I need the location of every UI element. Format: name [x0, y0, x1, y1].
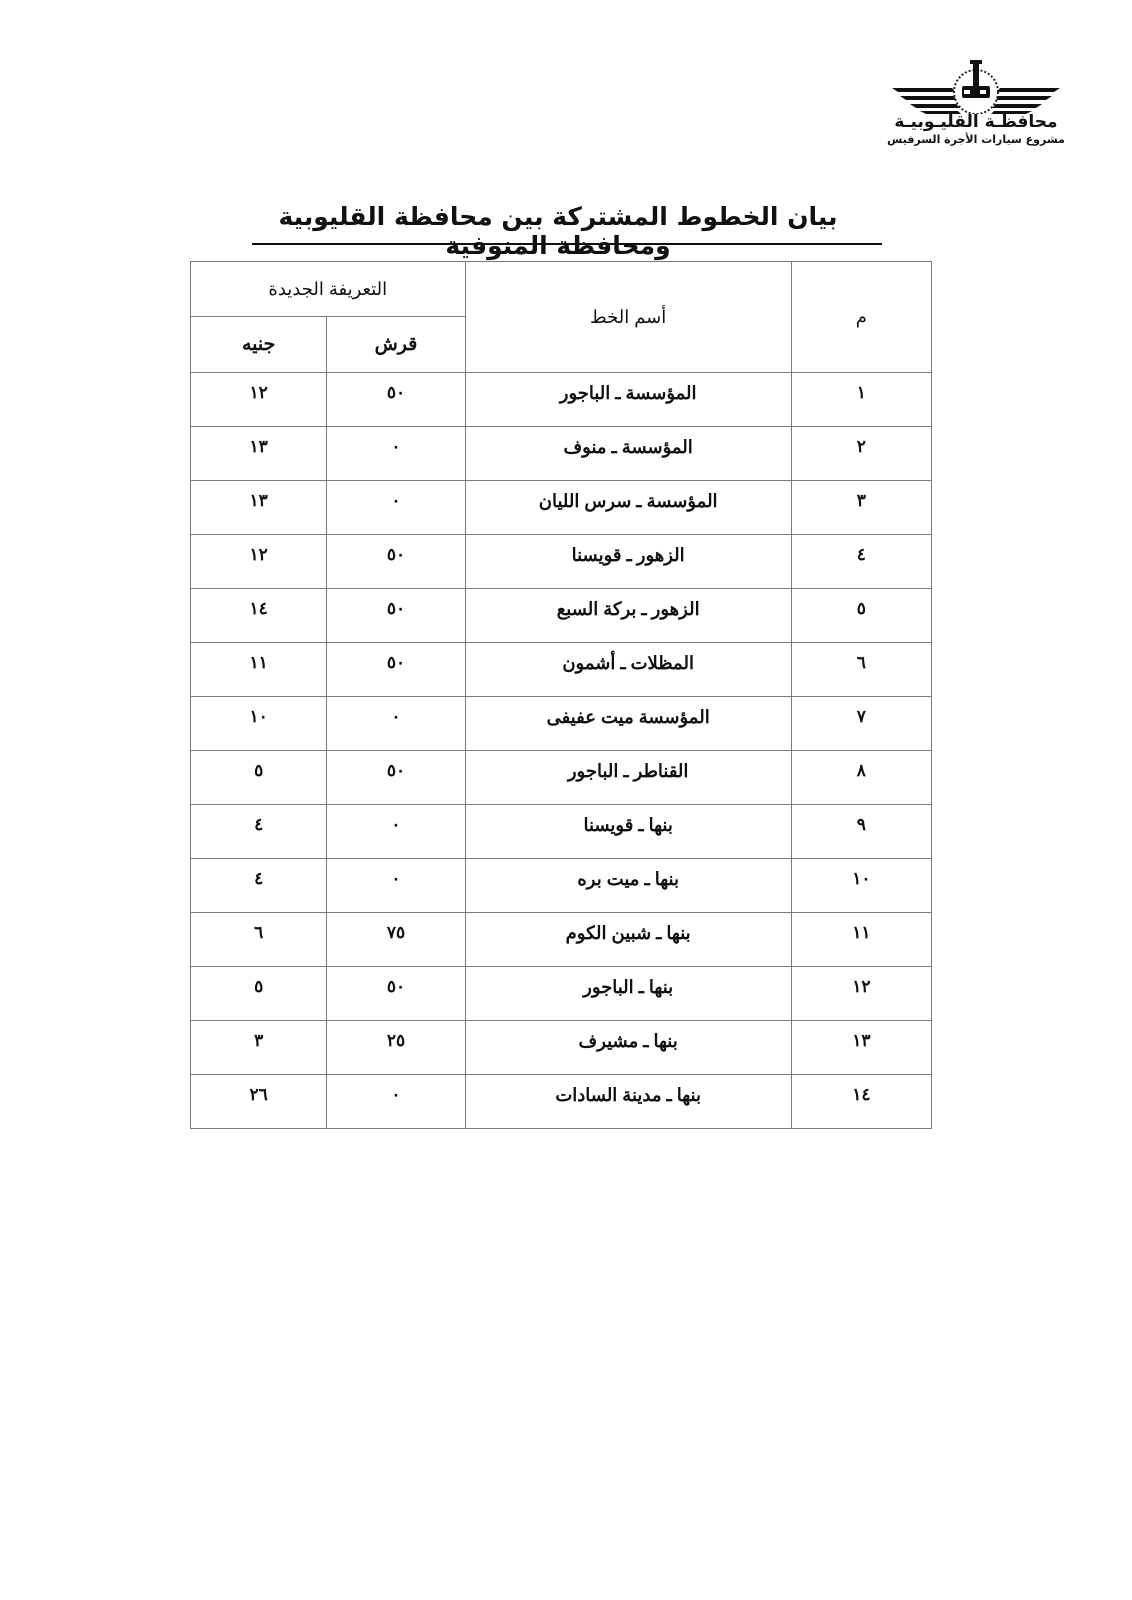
- table-row: ٥الزهور ـ بركة السبع٥٠١٤: [191, 589, 932, 643]
- row-line-name: بنها ـ شبين الكوم: [465, 913, 791, 967]
- row-piasters: ٠: [327, 859, 465, 913]
- row-line-name: الزهور ـ بركة السبع: [465, 589, 791, 643]
- header-new-fare: التعريفة الجديدة: [191, 262, 466, 317]
- table-row: ٤الزهور ـ قويسنا٥٠١٢: [191, 535, 932, 589]
- row-piasters: ٠: [327, 427, 465, 481]
- row-piasters: ٠: [327, 805, 465, 859]
- wings-emblem-icon: [890, 58, 1062, 114]
- row-pounds: ٢٦: [191, 1075, 327, 1129]
- table-row: ٣المؤسسة ـ سرس الليان٠١٣: [191, 481, 932, 535]
- row-pounds: ٤: [191, 859, 327, 913]
- row-pounds: ٣: [191, 1021, 327, 1075]
- row-line-name: المؤسسة ـ منوف: [465, 427, 791, 481]
- page-title: بيان الخطوط المشتركة بين محافظة القليوبي…: [240, 202, 876, 260]
- title-underline: [252, 243, 882, 245]
- row-line-name: بنها ـ ميت بره: [465, 859, 791, 913]
- row-index: ١٠: [791, 859, 931, 913]
- row-piasters: ٧٥: [327, 913, 465, 967]
- row-line-name: الزهور ـ قويسنا: [465, 535, 791, 589]
- row-piasters: ٥٠: [327, 643, 465, 697]
- table-row: ١المؤسسة ـ الباجور٥٠١٢: [191, 373, 932, 427]
- header-index: م: [791, 262, 931, 373]
- row-pounds: ٥: [191, 967, 327, 1021]
- row-piasters: ٥٠: [327, 967, 465, 1021]
- row-index: ١١: [791, 913, 931, 967]
- table-row: ٦المظلات ـ أشمون٥٠١١: [191, 643, 932, 697]
- table-row: ١٣بنها ـ مشيرف٢٥٣: [191, 1021, 932, 1075]
- row-piasters: ٥٠: [327, 373, 465, 427]
- fares-table: م أسم الخط التعريفة الجديدة قرش جنيه ١ال…: [190, 261, 932, 1129]
- row-piasters: ٥٠: [327, 751, 465, 805]
- row-index: ٨: [791, 751, 931, 805]
- row-index: ٩: [791, 805, 931, 859]
- row-piasters: ٥٠: [327, 535, 465, 589]
- row-index: ١٤: [791, 1075, 931, 1129]
- table-row: ٨القناطر ـ الباجور٥٠٥: [191, 751, 932, 805]
- table-row: ١٢بنها ـ الباجور٥٠٥: [191, 967, 932, 1021]
- row-line-name: بنها ـ الباجور: [465, 967, 791, 1021]
- row-line-name: المؤسسة ـ الباجور: [465, 373, 791, 427]
- header-piasters: قرش: [327, 317, 465, 373]
- header-line-name: أسم الخط: [465, 262, 791, 373]
- row-pounds: ١٢: [191, 535, 327, 589]
- project-name: مشروع سيارات الأجرة السرفيس: [886, 133, 1066, 146]
- row-index: ١: [791, 373, 931, 427]
- row-piasters: ٥٠: [327, 589, 465, 643]
- row-piasters: ٠: [327, 697, 465, 751]
- row-index: ٦: [791, 643, 931, 697]
- table-row: ١٠بنها ـ ميت بره٠٤: [191, 859, 932, 913]
- row-line-name: القناطر ـ الباجور: [465, 751, 791, 805]
- row-pounds: ٦: [191, 913, 327, 967]
- row-pounds: ١٤: [191, 589, 327, 643]
- table-row: ٩بنها ـ قويسنا٠٤: [191, 805, 932, 859]
- row-index: ٤: [791, 535, 931, 589]
- row-pounds: ١٠: [191, 697, 327, 751]
- table-row: ٢المؤسسة ـ منوف٠١٣: [191, 427, 932, 481]
- org-name: محافظـة القليـوبيـة: [890, 112, 1062, 132]
- row-line-name: المؤسسة ميت عفيفى: [465, 697, 791, 751]
- row-piasters: ٠: [327, 1075, 465, 1129]
- row-pounds: ١١: [191, 643, 327, 697]
- table-row: ١٤بنها ـ مدينة السادات٠٢٦: [191, 1075, 932, 1129]
- row-pounds: ٤: [191, 805, 327, 859]
- row-index: ٣: [791, 481, 931, 535]
- row-index: ٥: [791, 589, 931, 643]
- row-line-name: بنها ـ مشيرف: [465, 1021, 791, 1075]
- row-pounds: ٥: [191, 751, 327, 805]
- row-index: ١٣: [791, 1021, 931, 1075]
- table-row: ١١بنها ـ شبين الكوم٧٥٦: [191, 913, 932, 967]
- table-row: ٧المؤسسة ميت عفيفى٠١٠: [191, 697, 932, 751]
- row-piasters: ٢٥: [327, 1021, 465, 1075]
- row-pounds: ١٣: [191, 427, 327, 481]
- row-line-name: بنها ـ قويسنا: [465, 805, 791, 859]
- row-pounds: ١٢: [191, 373, 327, 427]
- row-index: ٧: [791, 697, 931, 751]
- row-piasters: ٠: [327, 481, 465, 535]
- governorate-logo: محافظـة القليـوبيـة مشروع سيارات الأجرة …: [890, 58, 1070, 153]
- row-line-name: بنها ـ مدينة السادات: [465, 1075, 791, 1129]
- row-index: ٢: [791, 427, 931, 481]
- row-index: ١٢: [791, 967, 931, 1021]
- header-pounds: جنيه: [191, 317, 327, 373]
- row-line-name: المؤسسة ـ سرس الليان: [465, 481, 791, 535]
- row-pounds: ١٣: [191, 481, 327, 535]
- row-line-name: المظلات ـ أشمون: [465, 643, 791, 697]
